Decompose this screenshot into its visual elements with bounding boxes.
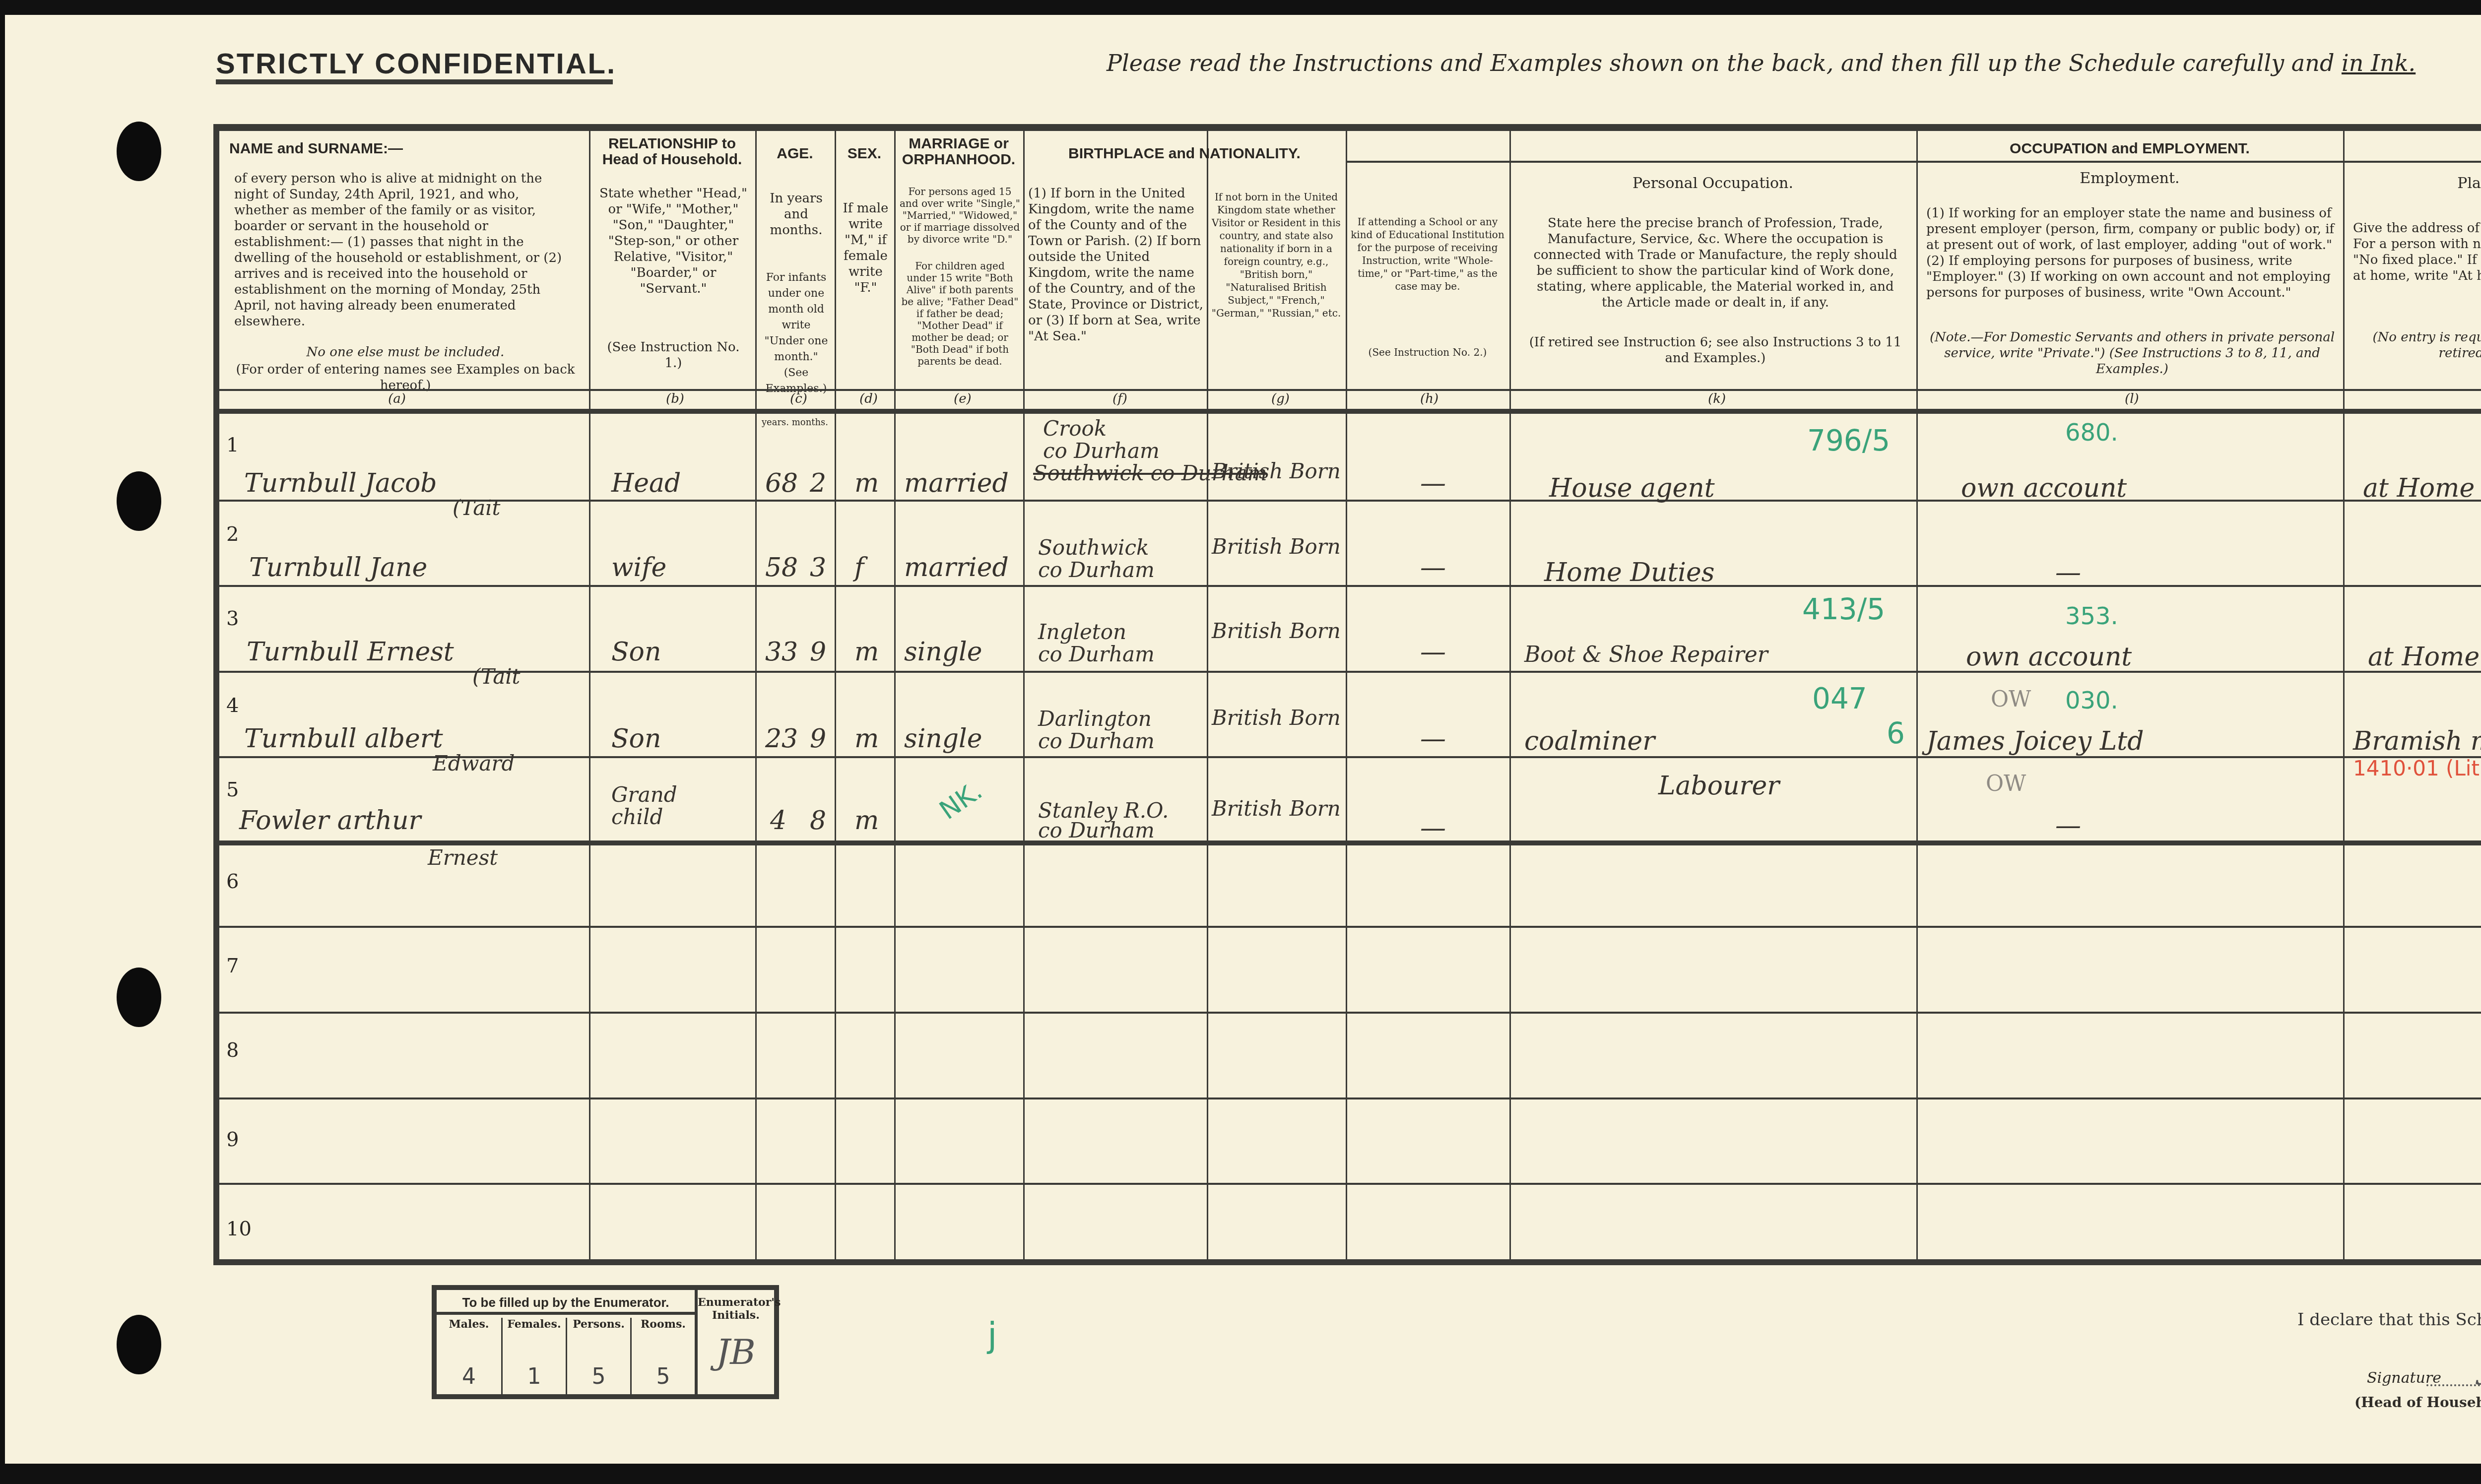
person-name: Turnbull Ernest (247, 637, 454, 667)
col-employment-title: Employment. (1919, 171, 2341, 187)
household-table: NAME and SURNAME:— of every person who i… (213, 124, 2481, 1265)
persons-cell: Persons.5 (566, 1318, 630, 1394)
females-cell: Females.1 (501, 1318, 566, 1394)
person-name: Turnbull Jane (249, 553, 427, 582)
enumerator-summary-box: To be filled up by the Enumerator. Males… (432, 1285, 779, 1399)
title-underline (216, 79, 613, 84)
col-age-title: AGE. (758, 146, 832, 162)
punch-hole (117, 471, 161, 531)
males-cell: Males.4 (437, 1318, 501, 1394)
col-name-title: NAME and SURNAME:— (229, 141, 577, 157)
green-check-mark: j (987, 1315, 997, 1355)
instructions-line: Please read the Instructions and Example… (1107, 50, 2416, 76)
declaration-text: I declare that this Schedule is correctl… (2297, 1310, 2481, 1330)
enumerator-initials: Enumerator's Initials.JB (695, 1290, 774, 1394)
person-name: Turnbull Jacob (244, 468, 437, 498)
col-personal-occupation-title: Personal Occupation. (1514, 176, 1911, 192)
punch-hole (117, 1315, 161, 1374)
signature-line (2426, 1384, 2481, 1386)
col-name-body: of every person who is alive at midnight… (234, 171, 577, 329)
col-marriage-title: MARRIAGE or ORPHANHOOD. (897, 136, 1021, 168)
col-birthplace-title: BIRTHPLACE and NATIONALITY. (1026, 146, 1343, 162)
person-name: Fowler arthur (239, 806, 421, 836)
document-title: STRICTLY CONFIDENTIAL. (216, 47, 616, 80)
punch-hole (117, 122, 161, 181)
col-relationship-title: RELATIONSHIP to Head of Household. (591, 136, 753, 168)
person-name: Turnbull albert (244, 724, 443, 754)
col-place-title: Place of Work. (2346, 176, 2481, 192)
signature-caption: (Head of Household, Manager of Establish… (2354, 1394, 2481, 1411)
col-occupation-group-title: OCCUPATION and EMPLOYMENT. (1509, 141, 2481, 157)
rooms-cell: Rooms.5 (630, 1318, 695, 1394)
punch-hole (117, 968, 161, 1027)
col-sex-title: SEX. (837, 146, 892, 162)
col-education-body: If attending a School or any kind of Edu… (1348, 215, 1507, 293)
